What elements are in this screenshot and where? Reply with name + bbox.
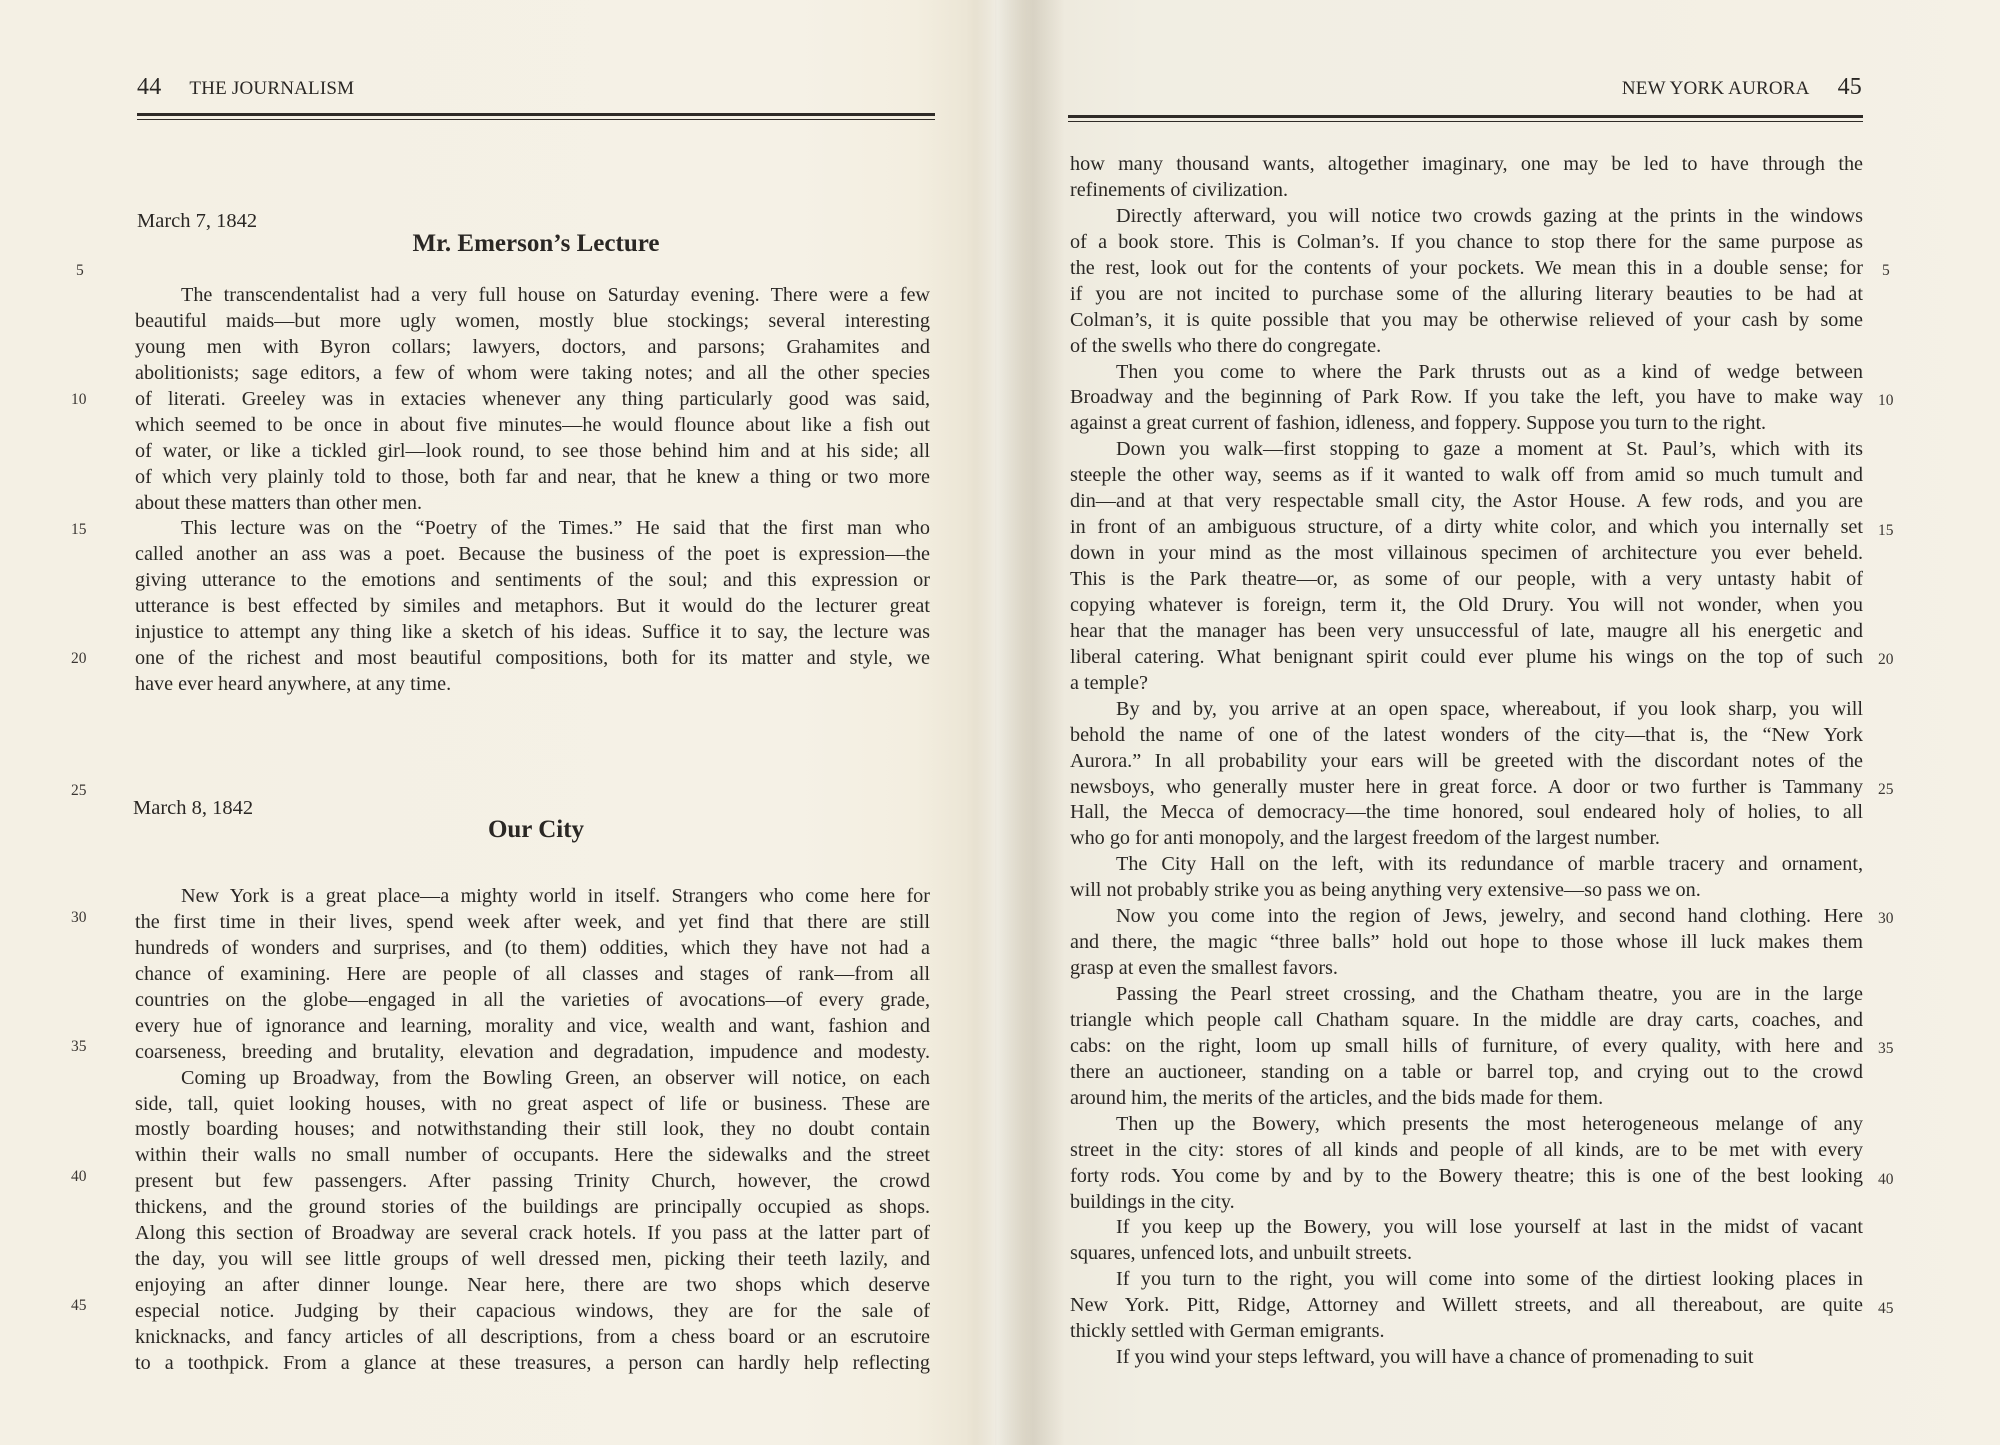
text-line: Directly afterward, you will notice two … — [1070, 204, 1863, 230]
right-running-head: NEW YORK AURORA45 — [1622, 74, 1862, 101]
line-number: 15 — [71, 521, 87, 539]
text-line: enjoying an after dinner lounge. Near he… — [135, 1273, 930, 1299]
text-line: forty rods. You come by and by to the Bo… — [1070, 1164, 1863, 1190]
text-line: especial notice. Judging by their capaci… — [135, 1299, 930, 1325]
article-1-date: March 7, 1842 — [137, 210, 257, 233]
text-line: coarseness, breeding and brutality, elev… — [135, 1040, 930, 1066]
left-running-title: THE JOURNALISM — [189, 78, 354, 99]
text-line: knicknacks, and fancy articles of all de… — [135, 1325, 930, 1351]
line-number: 25 — [71, 782, 87, 800]
article-2-body: New York is a great place—a mighty world… — [135, 884, 930, 1377]
text-line: street in the city: stores of all kinds … — [1070, 1138, 1863, 1164]
line-number: 20 — [71, 650, 87, 668]
text-line: will not probably strike you as being an… — [1070, 878, 1863, 904]
article-2-date: March 8, 1842 — [133, 797, 253, 820]
text-line: Broadway and the beginning of Park Row. … — [1070, 385, 1863, 411]
text-line: If you wind your steps leftward, you wil… — [1070, 1345, 1863, 1371]
text-line: Aurora.” In all probability your ears wi… — [1070, 749, 1863, 775]
text-line: giving utterance to the emotions and sen… — [135, 568, 930, 594]
right-header-double-rule — [1068, 115, 1863, 124]
book-gutter-shadow — [975, 0, 1065, 1445]
line-number: 35 — [71, 1038, 87, 1056]
article-1-title: Mr. Emerson’s Lecture — [335, 230, 737, 258]
text-line: of the swells who there do congregate. — [1070, 334, 1863, 360]
text-line: present but few passengers. After passin… — [135, 1169, 930, 1195]
text-line: countries on the globe—engaged in all th… — [135, 988, 930, 1014]
text-line: refinements of civilization. — [1070, 178, 1863, 204]
text-line: within their walls no small number of oc… — [135, 1143, 930, 1169]
text-line: have ever heard anywhere, at any time. — [135, 672, 930, 698]
text-line: Passing the Pearl street crossing, and t… — [1070, 982, 1863, 1008]
left-header-double-rule — [137, 113, 935, 122]
left-page-number: 44 — [137, 74, 161, 100]
text-line: down in your mind as the most villainous… — [1070, 541, 1863, 567]
text-line: The City Hall on the left, with its redu… — [1070, 852, 1863, 878]
text-line: of water, or like a tickled girl—look ro… — [135, 439, 930, 465]
text-line: din—and at that very respectable small c… — [1070, 489, 1863, 515]
line-number: 45 — [71, 1297, 87, 1315]
text-line: if you are not incited to purchase some … — [1070, 282, 1863, 308]
right-page: NEW YORK AURORA45 how many thousand want… — [995, 0, 2000, 1445]
line-number: 5 — [1882, 262, 1890, 280]
text-line: Now you come into the region of Jews, je… — [1070, 904, 1863, 930]
text-line: behold the name of one of the latest won… — [1070, 723, 1863, 749]
line-number: 20 — [1878, 651, 1894, 669]
text-line: Hall, the Mecca of democracy—the time ho… — [1070, 800, 1863, 826]
text-line: and there, the magic “three balls” hold … — [1070, 930, 1863, 956]
text-line: grasp at even the smallest favors. — [1070, 956, 1863, 982]
text-line: New York is a great place—a mighty world… — [135, 884, 930, 910]
line-number: 40 — [1878, 1171, 1894, 1189]
right-page-body: how many thousand wants, altogether imag… — [1070, 152, 1863, 1371]
text-line: of which very plainly told to those, bot… — [135, 465, 930, 491]
text-line: young men with Byron collars; lawyers, d… — [135, 335, 930, 361]
text-line: New York. Pitt, Ridge, Attorney and Will… — [1070, 1293, 1863, 1319]
text-line: against a great current of fashion, idle… — [1070, 411, 1863, 437]
line-number: 30 — [71, 909, 87, 927]
text-line: copying whatever is foreign, term it, th… — [1070, 593, 1863, 619]
line-number: 10 — [71, 391, 87, 409]
text-line: squares, unfenced lots, and unbuilt stre… — [1070, 1241, 1863, 1267]
article-2-title: Our City — [335, 816, 737, 844]
text-line: hundreds of wonders and surprises, and (… — [135, 936, 930, 962]
text-line: of a book store. This is Colman’s. If yo… — [1070, 230, 1863, 256]
line-number: 10 — [1878, 392, 1894, 410]
text-line: a temple? — [1070, 671, 1863, 697]
text-line: to a toothpick. From a glance at these t… — [135, 1351, 930, 1377]
text-line: This lecture was on the “Poetry of the T… — [135, 516, 930, 542]
text-line: liberal catering. What benignant spirit … — [1070, 645, 1863, 671]
text-line: steeple the other way, seems as if it wa… — [1070, 463, 1863, 489]
text-line: cabs: on the right, loom up small hills … — [1070, 1034, 1863, 1060]
text-line: of literati. Greeley was in extacies whe… — [135, 387, 930, 413]
text-line: If you turn to the right, you will come … — [1070, 1267, 1863, 1293]
text-line: in front of an ambiguous structure, of a… — [1070, 515, 1863, 541]
text-line: Along this section of Broadway are sever… — [135, 1221, 930, 1247]
text-line: By and by, you arrive at an open space, … — [1070, 697, 1863, 723]
text-line: This is the Park theatre—or, as some of … — [1070, 567, 1863, 593]
text-line: thickly settled with German emigrants. — [1070, 1319, 1863, 1345]
text-line: the first time in their lives, spend wee… — [135, 910, 930, 936]
text-line: Down you walk—first stopping to gaze a m… — [1070, 437, 1863, 463]
text-line: side, tall, quiet looking houses, with n… — [135, 1092, 930, 1118]
text-line: every hue of ignorance and learning, mor… — [135, 1014, 930, 1040]
text-line: who go for anti monopoly, and the larges… — [1070, 826, 1863, 852]
text-line: about these matters than other men. — [135, 491, 930, 517]
text-line: there an auctioneer, standing on a table… — [1070, 1060, 1863, 1086]
line-number: 45 — [1878, 1300, 1894, 1318]
line-number: 5 — [76, 262, 84, 280]
text-line: If you keep up the Bowery, you will lose… — [1070, 1215, 1863, 1241]
article-1-body: The transcendentalist had a very full ho… — [135, 283, 930, 698]
text-line: Then up the Bowery, which presents the m… — [1070, 1112, 1863, 1138]
line-number: 15 — [1878, 522, 1894, 540]
text-line: Colman’s, it is quite possible that you … — [1070, 308, 1863, 334]
line-number: 35 — [1878, 1040, 1894, 1058]
text-line: buildings in the city. — [1070, 1190, 1863, 1216]
text-line: utterance is best effected by similes an… — [135, 594, 930, 620]
text-line: which seemed to be once in about five mi… — [135, 413, 930, 439]
text-line: the day, you will see little groups of w… — [135, 1247, 930, 1273]
text-line: the rest, look out for the contents of y… — [1070, 256, 1863, 282]
text-line: abolitionists; sage editors, a few of wh… — [135, 361, 930, 387]
text-line: injustice to attempt any thing like a sk… — [135, 620, 930, 646]
left-page: 44THE JOURNALISM March 7, 1842 Mr. Emers… — [0, 0, 995, 1445]
line-number: 40 — [71, 1168, 87, 1186]
text-line: triangle which people call Chatham squar… — [1070, 1008, 1863, 1034]
text-line: Coming up Broadway, from the Bowling Gre… — [135, 1066, 930, 1092]
text-line: Then you come to where the Park thrusts … — [1070, 360, 1863, 386]
left-running-head: 44THE JOURNALISM — [137, 74, 354, 101]
text-line: The transcendentalist had a very full ho… — [135, 283, 930, 309]
text-line: hear that the manager has been very unsu… — [1070, 619, 1863, 645]
text-line: around him, the merits of the articles, … — [1070, 1086, 1863, 1112]
text-line: thickens, and the ground stories of the … — [135, 1195, 930, 1221]
text-line: newsboys, who generally muster here in g… — [1070, 775, 1863, 801]
text-line: chance of examining. Here are people of … — [135, 962, 930, 988]
right-page-number: 45 — [1838, 74, 1862, 100]
text-line: how many thousand wants, altogether imag… — [1070, 152, 1863, 178]
text-line: one of the richest and most beautiful co… — [135, 646, 930, 672]
line-number: 25 — [1878, 781, 1894, 799]
text-line: mostly boarding houses; and notwithstand… — [135, 1117, 930, 1143]
line-number: 30 — [1878, 910, 1894, 928]
text-line: called another an ass was a poet. Becaus… — [135, 542, 930, 568]
right-running-title: NEW YORK AURORA — [1622, 78, 1810, 99]
text-line: beautiful maids—but more ugly women, mos… — [135, 309, 930, 335]
